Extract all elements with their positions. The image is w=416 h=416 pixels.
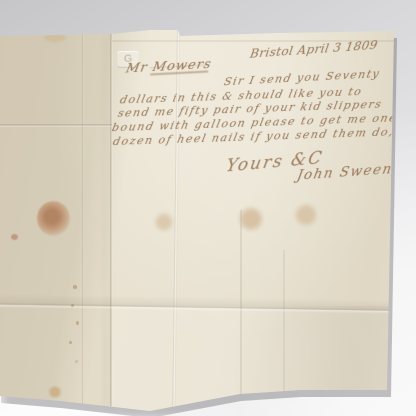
rust-stain-dot — [11, 234, 18, 240]
foxing-stain-2 — [238, 206, 264, 232]
photo-frame: G Bristol April 3 1809 Mr Mowers Sir I s… — [0, 0, 416, 416]
ink-speck — [75, 360, 78, 363]
fold-crease-vertical-4 — [283, 250, 285, 395]
fold-crease-vertical-1 — [82, 34, 84, 404]
stain-top-edge — [44, 33, 66, 42]
foxing-stain-3 — [294, 203, 318, 227]
rust-stain-bottom — [48, 386, 62, 398]
fold-panel-bottom — [112, 306, 416, 416]
fold-panel-left-top — [0, 34, 112, 126]
fold-panel-left — [0, 126, 112, 416]
letter-paper: G Bristol April 3 1809 Mr Mowers Sir I s… — [0, 0, 416, 416]
ink-speck — [76, 321, 79, 325]
fold-crease-horizontal-left — [0, 124, 112, 127]
ink-speck — [69, 341, 72, 344]
fold-crease-vertical-2 — [110, 34, 113, 406]
handwriting-salutation: Mr Mowers — [125, 57, 213, 77]
foxing-stain-1 — [154, 212, 174, 232]
ink-speck — [71, 304, 74, 307]
ink-speck — [73, 285, 77, 289]
fold-crease-horizontal-lower — [0, 294, 416, 315]
rust-stain-large — [37, 201, 70, 236]
